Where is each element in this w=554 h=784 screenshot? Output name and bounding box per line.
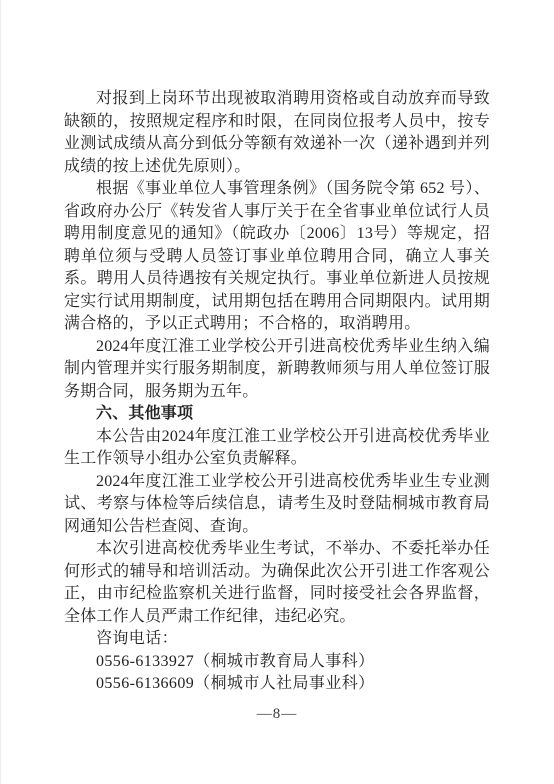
paragraph-interpretation: 本公告由2024年度江淮工业学校公开引进高校优秀毕业生工作领导小组办公室负责解释…: [64, 426, 490, 471]
page-number: —8—: [64, 703, 490, 725]
contact-label: 咨询电话：: [64, 628, 490, 651]
paragraph-supervision: 本次引进高校优秀毕业生考试，不举办、不委托举办任何形式的辅导和培训活动。为确保此…: [64, 538, 490, 628]
document-page: 对报到上岗环节出现被取消聘用资格或自动放弃而导致缺额的，按照规定程序和时限，在同…: [0, 0, 554, 784]
section-heading-other-matters: 六、其他事项: [64, 403, 490, 426]
paragraph-followup-info: 2024年度江淮工业学校公开引进高校优秀毕业生专业测试、考察与体检等后续信息，请…: [64, 471, 490, 539]
document-body: 对报到上岗环节出现被取消聘用资格或自动放弃而导致缺额的，按照规定程序和时限，在同…: [64, 88, 490, 696]
paragraph-service-period: 2024年度江淮工业学校公开引进高校优秀毕业生纳入编制内管理并实行服务期制度，新…: [64, 336, 490, 404]
paragraph-replacement-rule: 对报到上岗环节出现被取消聘用资格或自动放弃而导致缺额的，按照规定程序和时限，在同…: [64, 88, 490, 178]
phone-social-security-bureau: 0556-6136609（桐城市人社局事业科）: [64, 673, 490, 696]
phone-education-bureau: 0556-6133927（桐城市教育局人事科）: [64, 651, 490, 674]
paragraph-regulations: 根据《事业单位人事管理条例》（国务院令第 652 号）、省政府办公厅《转发省人事…: [64, 178, 490, 336]
